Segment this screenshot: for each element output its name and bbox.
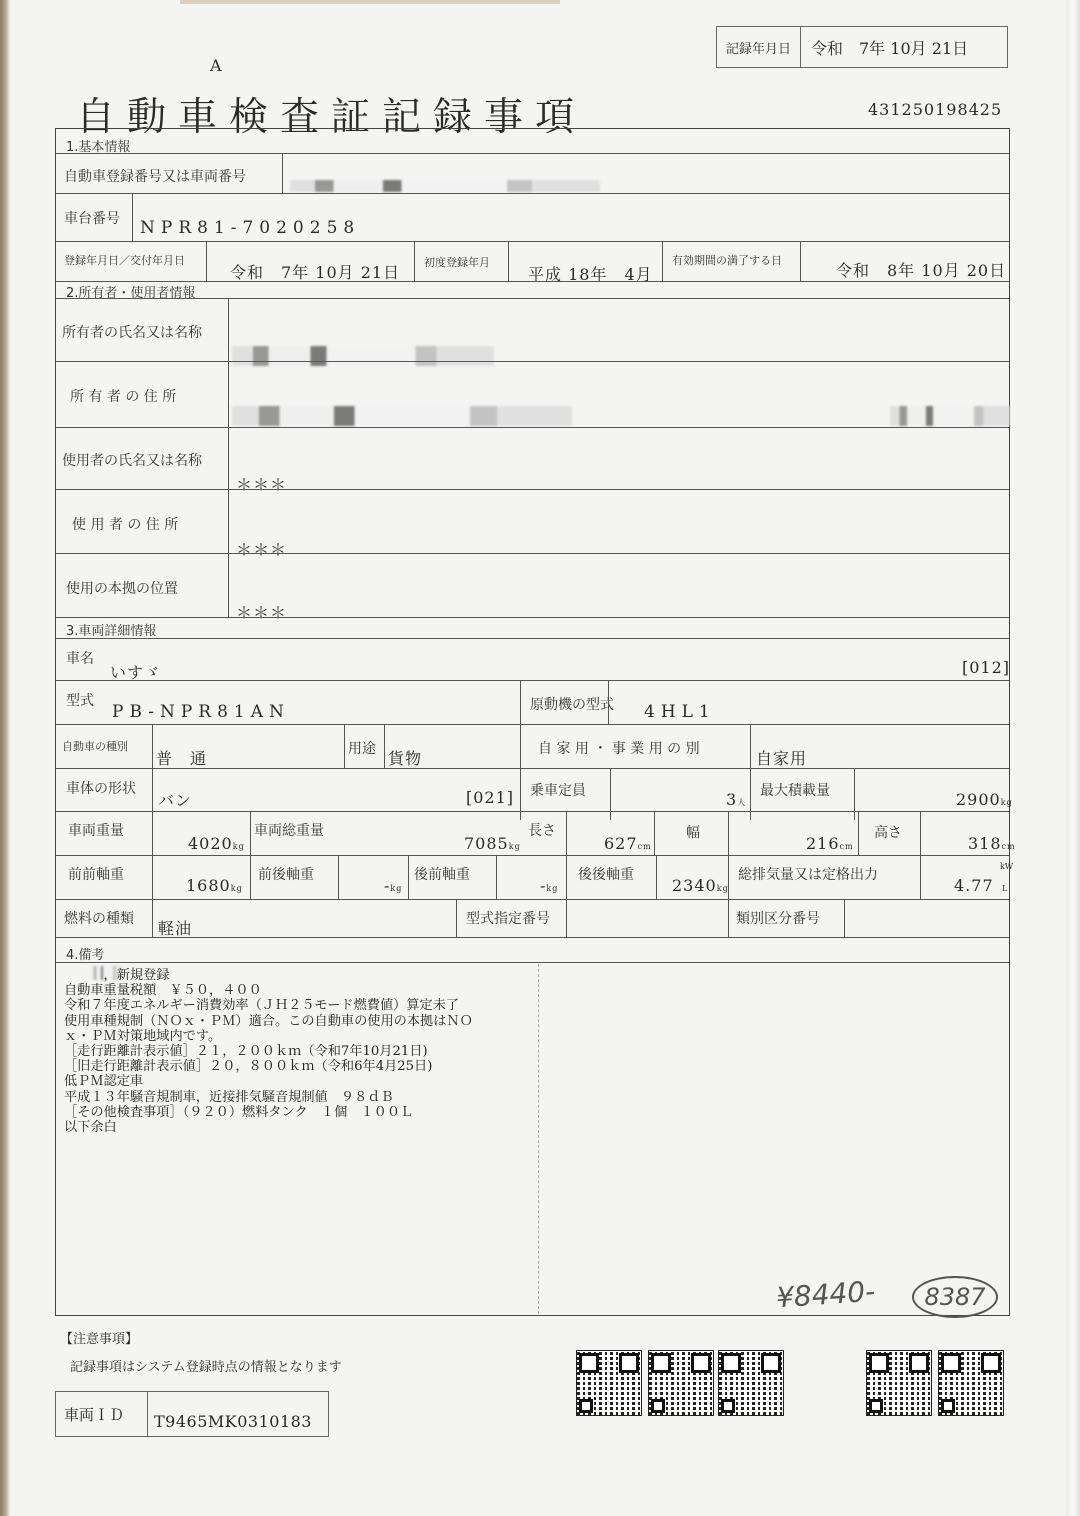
owner-address-label: 所 有 者 の 住 所	[70, 386, 176, 406]
model-label: 型式	[66, 690, 94, 710]
rear-rear-axle-number: 2340	[672, 876, 717, 895]
chassis-number-label: 車台番号	[64, 208, 120, 228]
height-number: 318	[968, 834, 1002, 853]
owner-name-redacted	[232, 346, 494, 366]
width-value: 216cm	[806, 834, 854, 853]
engine-model-value: 4HL1	[644, 702, 716, 722]
vehicle-weight-value: 4020kg	[188, 834, 245, 853]
paper-background-edge-top	[180, 0, 560, 4]
rear-front-axle-value: -kg	[540, 876, 558, 895]
engine-model-label: 原動機の型式	[530, 694, 614, 714]
rear-front-axle-unit: kg	[546, 884, 558, 893]
gross-weight-value: 7085kg	[464, 834, 521, 853]
notes-text: 記録事項はシステム登録時点の情報となります	[70, 1356, 342, 1375]
paper-right-edge	[1066, 0, 1080, 1516]
rear-rear-axle-unit: kg	[717, 884, 729, 893]
front-rear-axle-value: -kg	[384, 876, 402, 895]
registration-date-value: 令和 7年 10月 21日	[230, 260, 400, 283]
owner-address-redacted-end	[890, 406, 1010, 426]
width-label: 幅	[686, 822, 700, 842]
expiry-date-value: 令和 8年 10月 20日	[836, 258, 1006, 281]
vehicle-weight-unit: kg	[233, 842, 245, 851]
usage-value: 貨物	[388, 746, 422, 769]
user-address-label: 使 用 者 の 住 所	[72, 514, 178, 534]
height-unit: cm	[1002, 842, 1016, 851]
record-date-label: 記録年月日	[717, 27, 801, 67]
first-registration-label: 初度登録年月	[424, 254, 490, 270]
displacement-unit-kw: kW	[1000, 862, 1013, 871]
category-number-label: 類別区分番号	[736, 908, 820, 928]
qr-code-icon	[648, 1350, 714, 1416]
front-front-axle-number: 1680	[186, 876, 231, 895]
vehicle-id-label: 車両ＩＤ	[56, 1392, 148, 1436]
notes-heading: 【注意事項】	[60, 1328, 138, 1347]
displacement-value: 4.77	[954, 876, 994, 895]
qr-code-icon	[938, 1350, 1004, 1416]
width-number: 216	[806, 834, 840, 853]
user-address-value: ＊＊＊	[236, 537, 287, 560]
chassis-number-value: NPR81-7020258	[140, 218, 360, 238]
qr-code-icon	[576, 1350, 642, 1416]
front-front-axle-unit: kg	[231, 884, 243, 893]
make-label: 車名	[66, 648, 94, 668]
registration-number-redacted	[290, 180, 600, 192]
displacement-label: 総排気量又は定格出力	[738, 864, 878, 884]
record-date-value: 令和 7年 10月 21日	[801, 27, 1007, 67]
expiry-date-label: 有効期間の満了する日	[672, 252, 782, 268]
remarks-text: ，新規登録 自動車重量税額 ￥５０，４００ 令和７年度エネルギー消費効率（ＪＨ２…	[64, 968, 534, 1135]
max-load-unit: kg	[1001, 798, 1013, 807]
qr-code-icon	[866, 1350, 932, 1416]
record-table	[55, 128, 1010, 1316]
vehicle-type-label: 自動車の種別	[62, 738, 128, 754]
type-designation-label: 型式指定番号	[466, 908, 550, 928]
registration-number-label: 自動車登録番号又は車両番号	[64, 166, 246, 186]
gross-weight-unit: kg	[509, 842, 521, 851]
paper-background-edge	[0, 0, 10, 1516]
max-load-value: 2900kg	[956, 790, 1013, 809]
height-value: 318cm	[968, 834, 1016, 853]
capacity-unit: 人	[737, 798, 746, 807]
vehicle-type-value: 普 通	[156, 746, 207, 769]
document-number: 431250198425	[868, 100, 1002, 119]
front-front-axle-value: 1680kg	[186, 876, 243, 895]
base-location-value: ＊＊＊	[236, 600, 287, 623]
front-rear-axle-unit: kg	[390, 884, 402, 893]
body-shape-label: 車体の形状	[66, 778, 136, 798]
fuel-type-label: 燃料の種類	[64, 908, 134, 928]
body-shape-code: [021]	[466, 788, 514, 807]
length-value: 627cm	[604, 834, 652, 853]
form-mark: A	[210, 56, 222, 75]
rear-rear-axle-value: 2340kg	[672, 876, 729, 895]
rear-rear-axle-label: 後後軸重	[578, 864, 634, 884]
owner-address-redacted	[232, 406, 572, 426]
front-rear-axle-label: 前後軸重	[258, 864, 314, 884]
length-unit: cm	[638, 842, 652, 851]
registration-date-label: 登録年月日／交付年月日	[64, 252, 185, 268]
height-label: 高さ	[874, 822, 902, 842]
private-business-label: 自 家 用 ・ 事 業 用 の 別	[538, 738, 700, 758]
capacity-value: 3人	[726, 790, 746, 809]
private-business-value: 自家用	[756, 746, 807, 769]
model-value: PB-NPR81AN	[112, 702, 290, 722]
fuel-type-value: 軽油	[158, 916, 192, 939]
section-vehicle-details-heading: 3.車両詳細情報	[56, 620, 156, 639]
gross-weight-number: 7085	[464, 834, 509, 853]
length-number: 627	[604, 834, 638, 853]
base-location-label: 使用の本拠の位置	[66, 578, 178, 598]
usage-label: 用途	[348, 738, 376, 758]
vehicle-id-value: T9465MK0310183	[148, 1392, 328, 1436]
capacity-number: 3	[726, 790, 737, 809]
record-date-box: 記録年月日 令和 7年 10月 21日	[716, 26, 1008, 68]
width-unit: cm	[840, 842, 854, 851]
length-label: 長さ	[528, 820, 556, 840]
qr-code-icon	[718, 1350, 784, 1416]
capacity-label: 乗車定員	[530, 780, 586, 800]
displacement-unit-l: L	[1002, 884, 1007, 893]
remarks-divider	[538, 964, 539, 1314]
max-load-label: 最大積載量	[760, 780, 830, 800]
vehicle-weight-number: 4020	[188, 834, 233, 853]
handwritten-circled-number: 8387	[912, 1276, 998, 1318]
user-name-label: 使用者の氏名又は名称	[62, 450, 202, 470]
owner-name-label: 所有者の氏名又は名称	[62, 322, 202, 342]
front-front-axle-label: 前前軸重	[68, 864, 124, 884]
rear-front-axle-label: 後前軸重	[414, 864, 470, 884]
handwritten-price: ¥8440-	[775, 1275, 876, 1315]
gross-weight-label: 車両総重量	[254, 820, 324, 840]
make-code: [012]	[962, 658, 1010, 677]
body-shape-value: バン	[158, 788, 192, 811]
section-remarks-heading: 4.備考	[56, 944, 104, 963]
vehicle-weight-label: 車両重量	[68, 820, 124, 840]
user-name-value: ＊＊＊	[236, 472, 287, 495]
vehicle-id-box: 車両ＩＤ T9465MK0310183	[55, 1391, 329, 1437]
max-load-number: 2900	[956, 790, 1001, 809]
